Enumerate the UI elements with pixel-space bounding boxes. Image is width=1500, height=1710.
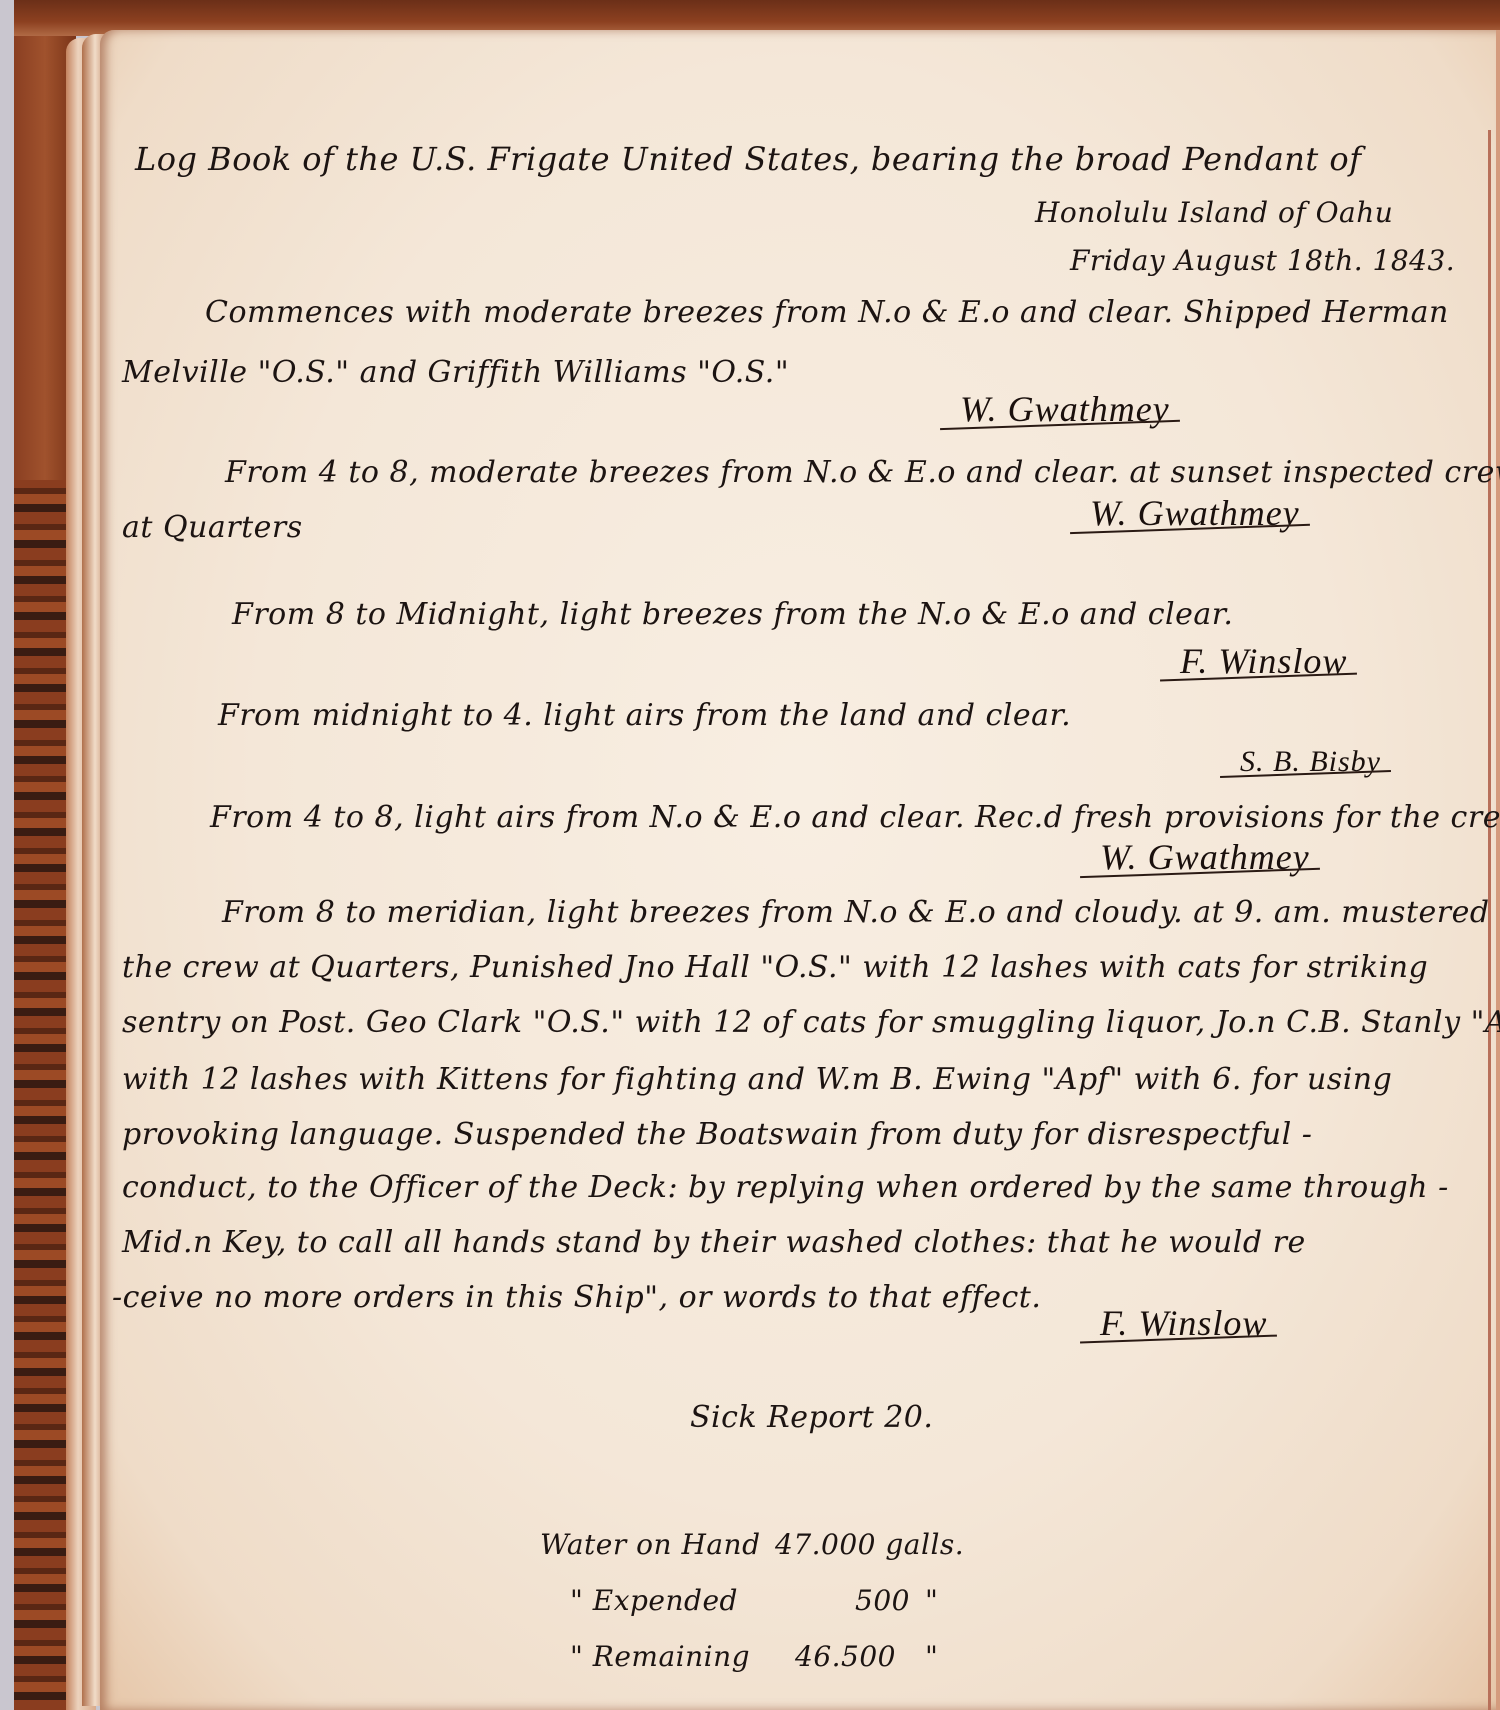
water-on-hand-label: Water on Hand <box>540 1528 761 1561</box>
entry-6-line-5: provoking language. Suspended the Boatsw… <box>122 1117 1312 1152</box>
water-expended-ditto: " <box>925 1584 938 1617</box>
entry-6-line-6: conduct, to the Officer of the Deck: by … <box>122 1170 1449 1205</box>
entry-6-line-7: Mid.n Key, to call all hands stand by th… <box>122 1225 1306 1260</box>
entry-3-line-1: From 8 to Midnight, light breezes from t… <box>232 597 1233 632</box>
water-expended-value: 500 <box>855 1584 910 1617</box>
entry-6-line-1: From 8 to meridian, light breezes from N… <box>222 895 1490 930</box>
water-expended-label: " Expended <box>570 1584 738 1617</box>
entry-3-signature: F. Winslow <box>1180 640 1347 682</box>
water-remaining-value: 46.500 <box>795 1640 896 1673</box>
log-title: Log Book of the U.S. Frigate United Stat… <box>135 140 1362 178</box>
sick-report: Sick Report 20. <box>690 1400 933 1435</box>
log-date: Friday August 18th. 1843. <box>1070 244 1455 277</box>
entry-4-line-1: From midnight to 4. light airs from the … <box>218 698 1071 733</box>
water-remaining-label: " Remaining <box>570 1640 750 1673</box>
entry-5-line-1: From 4 to 8, light airs from N.o & E.o a… <box>210 800 1500 835</box>
entry-2-line-2: at Quarters <box>122 510 303 545</box>
entry-4-signature: S. B. Bisby <box>1240 745 1381 779</box>
page-right-edge <box>1496 30 1500 1710</box>
entry-6-signature: F. Winslow <box>1100 1302 1267 1344</box>
entry-2-signature: W. Gwathmey <box>1090 492 1300 534</box>
entry-5-signature: W. Gwathmey <box>1100 836 1310 878</box>
entry-6-line-8: -ceive no more orders in this Ship", or … <box>112 1280 1041 1315</box>
entry-1-signature: W. Gwathmey <box>960 388 1170 430</box>
entry-2-line-1: From 4 to 8, moderate breezes from N.o &… <box>225 455 1500 490</box>
entry-1-line-1: Commences with moderate breezes from N.o… <box>205 295 1449 330</box>
water-on-hand-value: 47.000 galls. <box>775 1528 964 1561</box>
scanned-logbook-page: Log Book of the U.S. Frigate United Stat… <box>0 0 1500 1710</box>
entry-6-line-4: with 12 lashes with Kittens for fighting… <box>122 1062 1392 1097</box>
entry-1-line-2: Melville "O.S." and Griffith Williams "O… <box>122 355 789 390</box>
entry-6-line-2: the crew at Quarters, Punished Jno Hall … <box>122 950 1428 985</box>
entry-6-line-3: sentry on Post. Geo Clark "O.S." with 12… <box>122 1005 1500 1040</box>
water-remaining-ditto: " <box>925 1640 938 1673</box>
log-location: Honolulu Island of Oahu <box>1035 196 1393 229</box>
